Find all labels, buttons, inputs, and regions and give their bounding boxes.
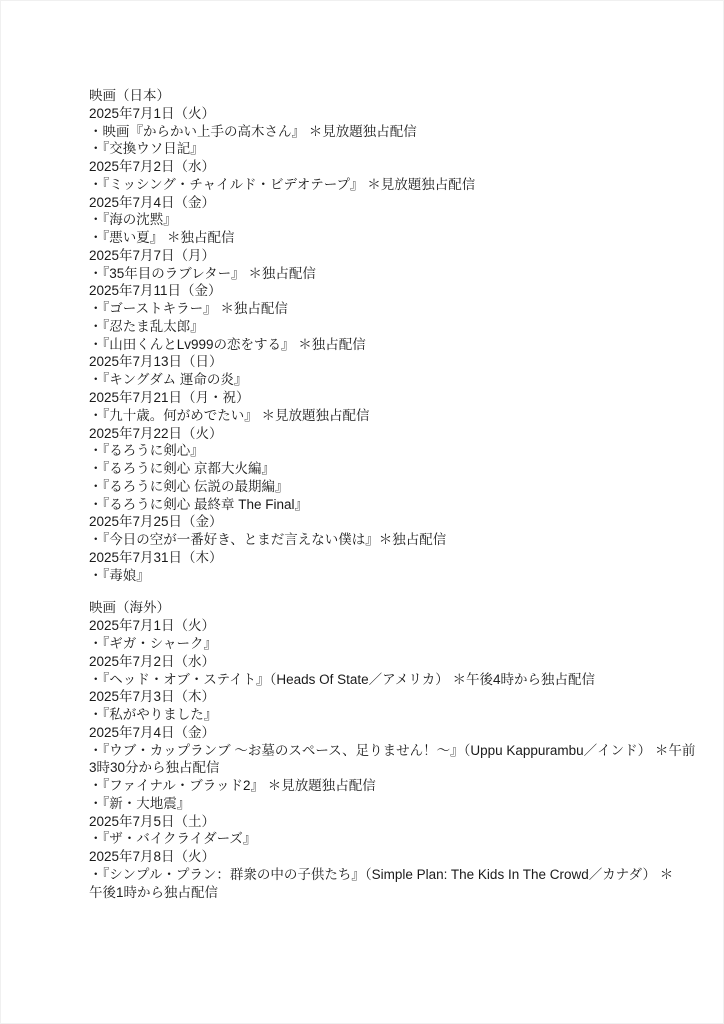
movie-line: ・『ヘッド・オブ・ステイト』（Heads Of State／アメリカ） ＊午後4…: [89, 671, 643, 689]
movie-line: ・『ギガ・シャーク』: [89, 635, 643, 653]
section-movies-overseas: 映画（海外） 2025年7月1日（火） ・『ギガ・シャーク』 2025年7月2日…: [89, 599, 643, 901]
movie-line: ・『山田くんとLv999の恋をする』 ＊独占配信: [89, 336, 643, 354]
section-movies-japan: 映画（日本） 2025年7月1日（火） ・映画『からかい上手の高木さん』 ＊見放…: [89, 87, 643, 584]
movie-line: ・『ゴーストキラー』 ＊独占配信: [89, 300, 643, 318]
movie-line: ・『ザ・バイクライダーズ』: [89, 830, 643, 848]
movie-line: ・『るろうに剣心 最終章 The Final』: [89, 496, 643, 514]
section-heading-overseas: 映画（海外）: [89, 599, 643, 617]
movie-line: ・『悪い夏』 ＊独占配信: [89, 229, 643, 247]
date-line: 2025年7月8日（火）: [89, 848, 643, 866]
date-line: 2025年7月22日（火）: [89, 425, 643, 443]
date-line: 2025年7月7日（月）: [89, 247, 643, 265]
movie-line: ・『シンプル・プラン：群衆の中の子供たち』（Simple Plan: The K…: [89, 866, 643, 884]
movie-line: ・『新・大地震』: [89, 795, 643, 813]
movie-line: ・『ミッシング・チャイルド・ビデオテープ』 ＊見放題独占配信: [89, 176, 643, 194]
date-line: 2025年7月31日（木）: [89, 549, 643, 567]
movie-line: ・『私がやりました』: [89, 706, 643, 724]
date-line: 2025年7月25日（金）: [89, 513, 643, 531]
document-page: 映画（日本） 2025年7月1日（火） ・映画『からかい上手の高木さん』 ＊見放…: [0, 0, 724, 1024]
movie-line: ・『ウブ・カップランブ ～お墓のスペース、足りません！～』（Uppu Kappu…: [89, 742, 643, 760]
date-line: 2025年7月4日（金）: [89, 194, 643, 212]
movie-line: ・『るろうに剣心』: [89, 442, 643, 460]
date-line: 2025年7月3日（木）: [89, 688, 643, 706]
movie-line: ・『キングダム 運命の炎』: [89, 371, 643, 389]
movie-line: ・『今日の空が一番好き、とまだ言えない僕は』＊独占配信: [89, 531, 643, 549]
release-schedule-text: 映画（日本） 2025年7月1日（火） ・映画『からかい上手の高木さん』 ＊見放…: [89, 87, 643, 901]
movie-line: ・『交換ウソ日記』: [89, 140, 643, 158]
movie-line-continued: 3時30分から独占配信: [89, 759, 643, 777]
date-line: 2025年7月5日（土）: [89, 813, 643, 831]
movie-line: ・『忍たま乱太郎』: [89, 318, 643, 336]
movie-line: ・『るろうに剣心 京都大火編』: [89, 460, 643, 478]
date-line: 2025年7月1日（火）: [89, 105, 643, 123]
movie-line: ・『るろうに剣心 伝説の最期編』: [89, 478, 643, 496]
date-line: 2025年7月13日（日）: [89, 353, 643, 371]
date-line: 2025年7月11日（金）: [89, 282, 643, 300]
date-line: 2025年7月4日（金）: [89, 724, 643, 742]
movie-line: ・映画『からかい上手の高木さん』 ＊見放題独占配信: [89, 123, 643, 141]
movie-line-continued: 午後1時から独占配信: [89, 884, 643, 902]
movie-line: ・『海の沈黙』: [89, 211, 643, 229]
movie-line: ・『九十歳。何がめでたい』 ＊見放題独占配信: [89, 407, 643, 425]
movie-line: ・『ファイナル・ブラッド2』 ＊見放題独占配信: [89, 777, 643, 795]
section-heading-japan: 映画（日本）: [89, 87, 643, 105]
date-line: 2025年7月2日（水）: [89, 653, 643, 671]
movie-line: ・『毒娘』: [89, 567, 643, 585]
movie-line: ・『35年目のラブレター』 ＊独占配信: [89, 265, 643, 283]
date-line: 2025年7月21日（月・祝）: [89, 389, 643, 407]
date-line: 2025年7月2日（水）: [89, 158, 643, 176]
date-line: 2025年7月1日（火）: [89, 617, 643, 635]
